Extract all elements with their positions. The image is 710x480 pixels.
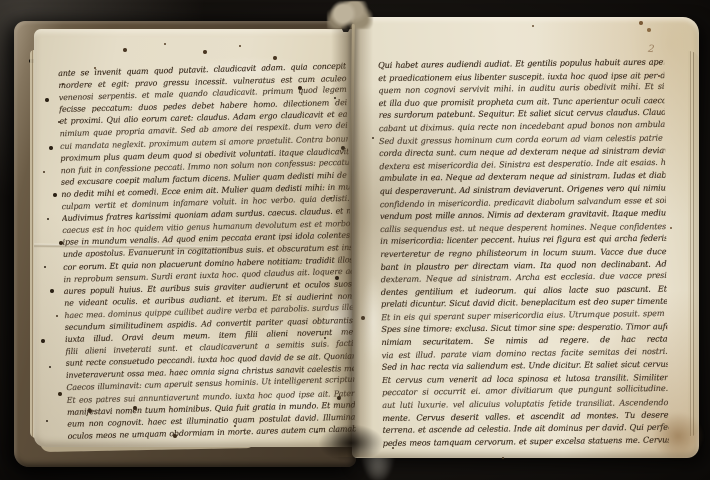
bottom-gutter-shadow <box>318 424 384 462</box>
worm-holes-left <box>34 29 36 31</box>
manuscript-text-right: Qui habet aures audiendi audiat. Et gent… <box>378 56 669 450</box>
folio-number: 2 <box>647 44 654 56</box>
page-edges-right <box>688 51 699 436</box>
spine-headband-tassel <box>327 1 373 29</box>
manuscript-photo: ante se invenit quam quod putavit. claud… <box>0 0 710 480</box>
manuscript-text-left: ante se invenit quam quod putavit. claud… <box>58 60 356 442</box>
